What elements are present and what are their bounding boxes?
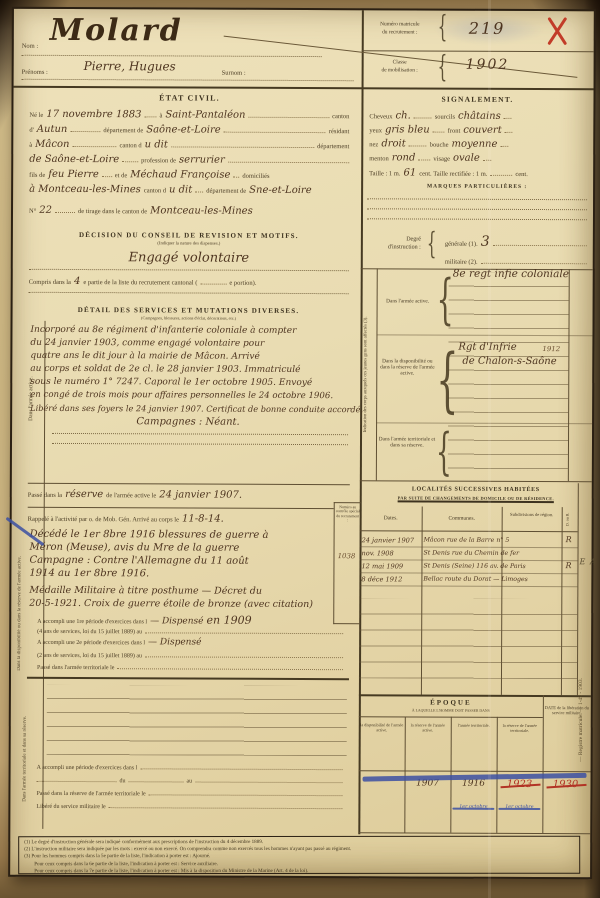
dotted-rule bbox=[22, 79, 354, 81]
deces-line: 1914 au 1er 8bre 1916. bbox=[29, 568, 149, 580]
territoriale-line: Passé dans la réserve de l'armée territo… bbox=[36, 787, 342, 798]
margin-note: E A bbox=[579, 557, 596, 566]
rule bbox=[28, 483, 350, 485]
etat-civil-line: de Saône-et-Loireprofession deserrurier bbox=[29, 154, 349, 166]
blank bbox=[140, 761, 342, 770]
printed-label: Né le bbox=[29, 112, 43, 119]
printed-label: nez bbox=[369, 141, 378, 148]
handwritten-value: 61 bbox=[403, 167, 416, 178]
etat-civil-line: àMâconcanton du ditdépartement bbox=[29, 139, 349, 151]
printed-label: Compris dans la bbox=[29, 279, 71, 286]
printed-label: cent. Taille rectifiée : 1 m. bbox=[419, 171, 487, 178]
handwritten-value: 4 bbox=[74, 276, 80, 287]
localite-commune: Bellac route du Dorat — Limoges bbox=[423, 576, 527, 583]
blank bbox=[490, 168, 512, 176]
rule bbox=[27, 677, 349, 680]
services-paragraph-line: quatre ans le dit jour à la mairie de Mâ… bbox=[30, 351, 259, 362]
territoriale-line: Libéré du service militaire le bbox=[36, 800, 342, 811]
epoque-col-header: la réserve de l'armée territoriale. bbox=[497, 723, 543, 733]
periode-line: (2 ans de services, loi du 15 juillet 18… bbox=[37, 649, 343, 660]
footnote: Pour ceux compris dans la 7e partie de l… bbox=[24, 868, 574, 876]
medaille-line: Médaille Militaire à titre posthume — Dé… bbox=[29, 585, 262, 597]
rule bbox=[14, 86, 594, 90]
handwritten-value: u dit bbox=[169, 184, 192, 195]
handwritten-value: Autun bbox=[37, 124, 68, 135]
blank bbox=[122, 154, 138, 162]
dotted-rule bbox=[29, 292, 349, 294]
territoriale-line: A accompli une période d'exercices dans … bbox=[37, 761, 343, 772]
blank bbox=[224, 125, 326, 133]
blue-strike-mark bbox=[498, 808, 540, 810]
militaire-label: militaire (2). bbox=[445, 259, 478, 266]
services-paragraph-line: Libéré dans ses foyers le 24 janvier 190… bbox=[30, 403, 363, 414]
localite-date: 8 déce 1912 bbox=[361, 575, 402, 583]
printed-label: canton d bbox=[119, 142, 141, 149]
printed-label: Passé dans la bbox=[28, 492, 62, 499]
printed-label: du bbox=[120, 778, 126, 784]
blank bbox=[233, 170, 239, 178]
controle-special-label: Numéro au contrôle spécial du recrutemen… bbox=[336, 505, 360, 523]
handwritten-value: Méchaud Françoise bbox=[130, 169, 230, 180]
printed-label: e partie de la liste du recrutement cant… bbox=[83, 279, 197, 286]
surname-value: Molard bbox=[50, 13, 183, 49]
rule bbox=[360, 546, 578, 548]
handwritten-value: 22 bbox=[39, 205, 52, 216]
handwritten-value: 24 janvier 1907. bbox=[159, 489, 242, 500]
brace-glyph: { bbox=[427, 230, 437, 260]
deces-line: Décédé le 1er 8bre 1916 blessures de gue… bbox=[30, 529, 269, 541]
printed-label: cent. bbox=[515, 171, 527, 178]
blank-ruled-lines bbox=[359, 598, 577, 679]
blank bbox=[418, 153, 430, 161]
deces-line: Campagne : Contre l'Allemagne du 11 août bbox=[29, 555, 248, 567]
blank bbox=[409, 138, 427, 146]
printed-label: yeux bbox=[369, 127, 382, 134]
instruction-militaire-line: militaire (2). bbox=[445, 256, 587, 267]
rule bbox=[360, 480, 592, 482]
blank bbox=[433, 125, 445, 133]
printed-label: front bbox=[448, 128, 461, 135]
printed-label: Libéré du service militaire le bbox=[36, 804, 105, 810]
blank bbox=[129, 774, 184, 782]
blank bbox=[144, 109, 156, 117]
printed-label: Passé dans l'armée territoriale le bbox=[37, 665, 114, 671]
dotted-rule bbox=[52, 443, 348, 445]
matricule-label: Numéro matricule bbox=[364, 21, 436, 28]
etat-civil-line: d'Autundépartement deSaône-et-Loirerésid… bbox=[29, 124, 349, 136]
brace-glyph: { bbox=[436, 427, 452, 477]
dotted-rule bbox=[29, 269, 349, 271]
localite-date: nov. 1908 bbox=[362, 549, 394, 557]
handwritten-value: feu Pierre bbox=[48, 169, 99, 180]
campagnes-line: Campagnes : Néant. bbox=[26, 416, 350, 428]
printed-label: sourcils bbox=[435, 114, 455, 121]
prenoms-label: Prénoms : bbox=[22, 69, 48, 76]
localites-col-dr: D. ou R. bbox=[565, 509, 575, 529]
tirage-line: N°22de tirage dans le canton deMontceau-… bbox=[29, 205, 349, 217]
localite-commune: St Denis rue du Chemin de fer bbox=[424, 550, 520, 557]
corps-ruled-lines bbox=[448, 273, 569, 480]
side-caption: — Registre matricule. — 1-49 - 1903. bbox=[578, 600, 590, 840]
rule bbox=[359, 585, 577, 587]
printed-label: à bbox=[159, 112, 162, 119]
handwritten-value: châtains bbox=[458, 111, 501, 122]
handwritten-value: Sne-et-Loire bbox=[249, 185, 312, 196]
corps-row-label: Dans l'armée territoriale et dans sa rés… bbox=[378, 436, 436, 449]
printed-label: de tirage dans le canton de bbox=[78, 208, 147, 215]
decision-subtitle: (Indiquer la nature des dispenses.) bbox=[27, 240, 351, 246]
signalement-line: nezdroitbouchemoyenne bbox=[369, 138, 587, 150]
handwritten-value: ovale bbox=[453, 153, 480, 164]
corps-reserve-note: 1912 bbox=[542, 345, 560, 353]
printed-label: résidant bbox=[329, 128, 350, 135]
handwritten-value: gris bleu bbox=[385, 124, 430, 135]
epoque-col-header: la disponibilité de l'armée active. bbox=[359, 722, 405, 732]
signalement-line: yeuxgris bleufrontcouvert bbox=[369, 124, 587, 136]
localite-dr: R bbox=[565, 561, 571, 570]
blank bbox=[493, 238, 587, 246]
rule bbox=[568, 269, 570, 481]
dotted-rule bbox=[22, 55, 322, 57]
brace-glyph: { bbox=[436, 345, 459, 415]
photo-background: Nom : Molard Prénoms : Pierre, Hugues Su… bbox=[0, 0, 600, 898]
degre-label: Degré bbox=[365, 236, 421, 242]
printed-label: département de bbox=[206, 188, 246, 195]
blank bbox=[414, 110, 432, 118]
rule bbox=[358, 832, 590, 834]
deces-line: Méron (Meuse), avis du Mre de la guerre bbox=[30, 542, 240, 554]
printed-label: canton d bbox=[144, 187, 166, 194]
handwritten-value: 11-8-14. bbox=[182, 513, 224, 524]
matricule-label-2: du recrutement : bbox=[364, 29, 436, 36]
printed-label: A accompli une 2e période d'exercices da… bbox=[37, 640, 145, 646]
localite-dr: R bbox=[566, 535, 572, 544]
printed-label: à bbox=[29, 142, 32, 149]
handwritten-value: Montceau-les-Mines bbox=[150, 205, 253, 216]
localite-commune: St Denis (Seine) 116 av. de Paris bbox=[423, 563, 525, 570]
corps-reserve-value-2: de Chalon-s-Saône bbox=[462, 356, 556, 367]
printed-label: Passé dans la réserve de l'armée territo… bbox=[36, 791, 145, 797]
blank bbox=[145, 649, 343, 658]
controle-special-value: 1038 bbox=[335, 552, 357, 560]
localites-col-subdiv: Subdivisions de région. bbox=[502, 512, 562, 518]
red-x-mark bbox=[546, 17, 568, 45]
rule bbox=[359, 572, 577, 574]
printed-label: e portion). bbox=[229, 280, 256, 287]
handwritten-value: serrurier bbox=[179, 154, 225, 165]
periode-line: Passé dans l'armée territoriale le bbox=[37, 661, 343, 672]
rule bbox=[359, 694, 591, 697]
printed-label: visage bbox=[433, 156, 450, 163]
corps-active-value: 8e regt infie coloniale bbox=[453, 268, 569, 281]
printed-label: au bbox=[187, 778, 193, 784]
footnotes-box: (1) Le degré d'instruction générale sera… bbox=[18, 836, 580, 874]
rule bbox=[362, 50, 594, 52]
etat-civil-title: ÉTAT CIVIL. bbox=[27, 93, 351, 103]
passe-reserve-line: Passé dans laréservede l'armée active le… bbox=[28, 489, 348, 501]
localites-title: LOCALITÉS SUCCESSIVES HABITÉES bbox=[360, 486, 592, 493]
rule bbox=[28, 507, 334, 509]
blank bbox=[70, 124, 100, 132]
territoriale-line: duau bbox=[37, 774, 343, 785]
blank bbox=[55, 205, 75, 213]
handwritten-value: Saône-et-Loire bbox=[146, 124, 221, 135]
signalement-line: Cheveuxch.sourcilschâtains bbox=[369, 110, 587, 122]
services-title: DÉTAIL DES SERVICES ET MUTATIONS DIVERSE… bbox=[27, 306, 351, 315]
epoque-col-header: la réserve de l'armée active. bbox=[405, 722, 451, 732]
blank bbox=[200, 277, 226, 285]
printed-label: (2 ans de services, loi du 15 juillet 18… bbox=[37, 653, 142, 659]
classe-label-2: de mobilisation : bbox=[364, 67, 436, 74]
medaille-line: 20-5-1921. Croix de guerre étoile de bro… bbox=[29, 598, 313, 610]
printed-label: Taille : 1 m. bbox=[369, 170, 400, 177]
etat-civil-line: fils defeu Pierreet deMéchaud Françoised… bbox=[29, 169, 349, 181]
services-subtitle: (Campagnes, blessures, actions d'éclat, … bbox=[27, 315, 351, 321]
matricule-sheet: Nom : Molard Prénoms : Pierre, Hugues Su… bbox=[8, 7, 596, 880]
rappel-line: Rappelé à l'activité par o. de Mob. Gén.… bbox=[28, 513, 328, 525]
blank bbox=[248, 110, 329, 118]
etat-civil-line: Né le17 novembre 1883àSaint-Pantaléoncan… bbox=[29, 109, 349, 121]
localites-subtitle: PAR SUITE DE CHANGEMENTS DE DOMICILE OU … bbox=[360, 495, 592, 501]
instruction-generale-line: générale (1). 3 bbox=[445, 234, 587, 251]
corps-vertical-label: Indication des corps auxquels ces jeunes… bbox=[362, 274, 375, 474]
decision-title: DÉCISION DU CONSEIL DE REVISION ET MOTIF… bbox=[27, 231, 351, 240]
handwritten-value: Saint-Pantaléon bbox=[165, 109, 245, 120]
localite-date: 24 janvier 1907 bbox=[362, 536, 415, 544]
services-paragraph-line: au corps et soldat de 2e cl. le 28 janvi… bbox=[30, 364, 300, 375]
marques-title: MARQUES PARTICULIÈRES : bbox=[361, 183, 593, 190]
handwritten-value: réserve bbox=[65, 489, 103, 500]
localite-date: 12 mai 1909 bbox=[361, 562, 403, 570]
signalement-title: SIGNALEMENT. bbox=[361, 94, 593, 104]
corps-row-label: Dans la disponibilité ou dans la réserve… bbox=[378, 358, 436, 377]
printed-label: A accompli une période d'exercices dans … bbox=[37, 765, 138, 771]
blank bbox=[500, 139, 508, 147]
handwritten-value: rond bbox=[392, 152, 416, 163]
blank bbox=[109, 800, 343, 809]
rule bbox=[542, 695, 544, 833]
printed-label: menton bbox=[369, 155, 389, 162]
handwritten-value: ch. bbox=[396, 110, 411, 121]
printed-label: Rappelé à l'activité par o. de Mob. Gén.… bbox=[28, 516, 179, 524]
generale-label: générale (1). bbox=[445, 241, 478, 248]
surnom-label: Surnom : bbox=[222, 70, 246, 77]
blank bbox=[504, 111, 512, 119]
printed-label: (4 ans de services, loi du 15 juillet 18… bbox=[37, 629, 142, 635]
nom-label: Nom : bbox=[22, 43, 38, 50]
blank bbox=[171, 139, 314, 148]
printed-label: N° bbox=[29, 208, 36, 215]
services-paragraph-line: en congé de trois mois pour affaires per… bbox=[30, 390, 333, 401]
blank bbox=[72, 139, 116, 147]
compris-line: Compris dans la4e partie de la liste du … bbox=[29, 276, 349, 288]
blank bbox=[117, 661, 343, 670]
rule bbox=[360, 530, 578, 532]
blank-ruled-lines bbox=[47, 685, 347, 756]
dotted-rule bbox=[367, 198, 587, 200]
printed-label: département de bbox=[103, 127, 143, 134]
dotted-rule bbox=[367, 208, 587, 210]
blank bbox=[195, 775, 342, 784]
services-paragraph-line: Incorporé au 8e régiment d'infanterie co… bbox=[30, 325, 296, 336]
printed-label: et de bbox=[115, 172, 127, 179]
etat-civil-line: à Montceau-les-Minescanton du ditdéparte… bbox=[29, 184, 349, 196]
handwritten-value: 17 novembre 1883 bbox=[46, 109, 141, 120]
handwritten-value: — Dispensé bbox=[148, 637, 201, 647]
rule bbox=[359, 559, 577, 561]
epoque-subtitle: À LAQUELLE L'HOMME DOIT PASSER DANS bbox=[359, 708, 543, 713]
localite-commune: Mâcon rue de la Barre n° 5 bbox=[424, 537, 510, 544]
blank bbox=[195, 185, 203, 193]
services-paragraph-line: sous le numéro 1° 7247. Caporal le 1er o… bbox=[30, 377, 312, 388]
dotted-rule bbox=[367, 218, 587, 220]
printed-label: de l'armée active le bbox=[106, 492, 156, 499]
degre-label-2: d'instruction : bbox=[365, 244, 421, 250]
printed-label: Cheveux bbox=[369, 113, 392, 120]
printed-label: département bbox=[317, 143, 349, 150]
rule bbox=[359, 770, 591, 772]
periode-line: A accompli une 2e période d'exercices da… bbox=[37, 637, 343, 648]
handwritten-value: Mâcon bbox=[35, 139, 69, 150]
decision-value: Engagé volontaire bbox=[27, 250, 351, 266]
corps-row-label: Dans l'armée active. bbox=[379, 298, 437, 304]
blank bbox=[228, 155, 350, 164]
epoque-title: ÉPOQUE bbox=[359, 698, 543, 707]
printed-label: canton bbox=[332, 113, 349, 120]
handwritten-value: u dit bbox=[145, 139, 168, 150]
printed-label: fils de bbox=[29, 172, 45, 179]
controle-special-box: Numéro au contrôle spécial du recrutemen… bbox=[333, 502, 361, 624]
services-paragraph-line: du 24 janvier 1903, comme engagé volonta… bbox=[30, 338, 264, 349]
signalement-line: mentonrondvisageovale bbox=[369, 152, 587, 164]
handwritten-value: de Saône-et-Loire bbox=[29, 154, 119, 165]
brace-glyph: { bbox=[437, 273, 454, 327]
prenoms-value: Pierre, Hugues bbox=[84, 59, 176, 73]
blank bbox=[102, 169, 112, 177]
blank bbox=[149, 787, 343, 796]
blank bbox=[481, 256, 587, 264]
blank bbox=[145, 625, 343, 634]
handwritten-value: couvert bbox=[463, 125, 501, 136]
blank bbox=[505, 125, 513, 133]
printed-label: domiciliés bbox=[242, 173, 269, 180]
crease-line bbox=[488, 0, 491, 898]
periode-line: (4 ans de services, loi du 15 juillet 18… bbox=[37, 625, 343, 636]
localites-col-dates: Dates. bbox=[360, 515, 422, 521]
printed-label: profession de bbox=[141, 157, 176, 164]
handwritten-value: droit bbox=[381, 138, 405, 149]
blank bbox=[37, 774, 117, 782]
rule bbox=[404, 716, 406, 832]
printed-label: bouche bbox=[430, 142, 449, 149]
classe-label: Classe bbox=[364, 59, 436, 66]
dotted-rule bbox=[52, 433, 348, 435]
handwritten-value: à Montceau-les-Mines bbox=[29, 184, 141, 195]
printed-label: d' bbox=[29, 127, 33, 134]
brace-glyph: { bbox=[438, 53, 448, 83]
taille-line: Taille : 1 m.61cent. Taille rectifiée : … bbox=[369, 167, 587, 179]
